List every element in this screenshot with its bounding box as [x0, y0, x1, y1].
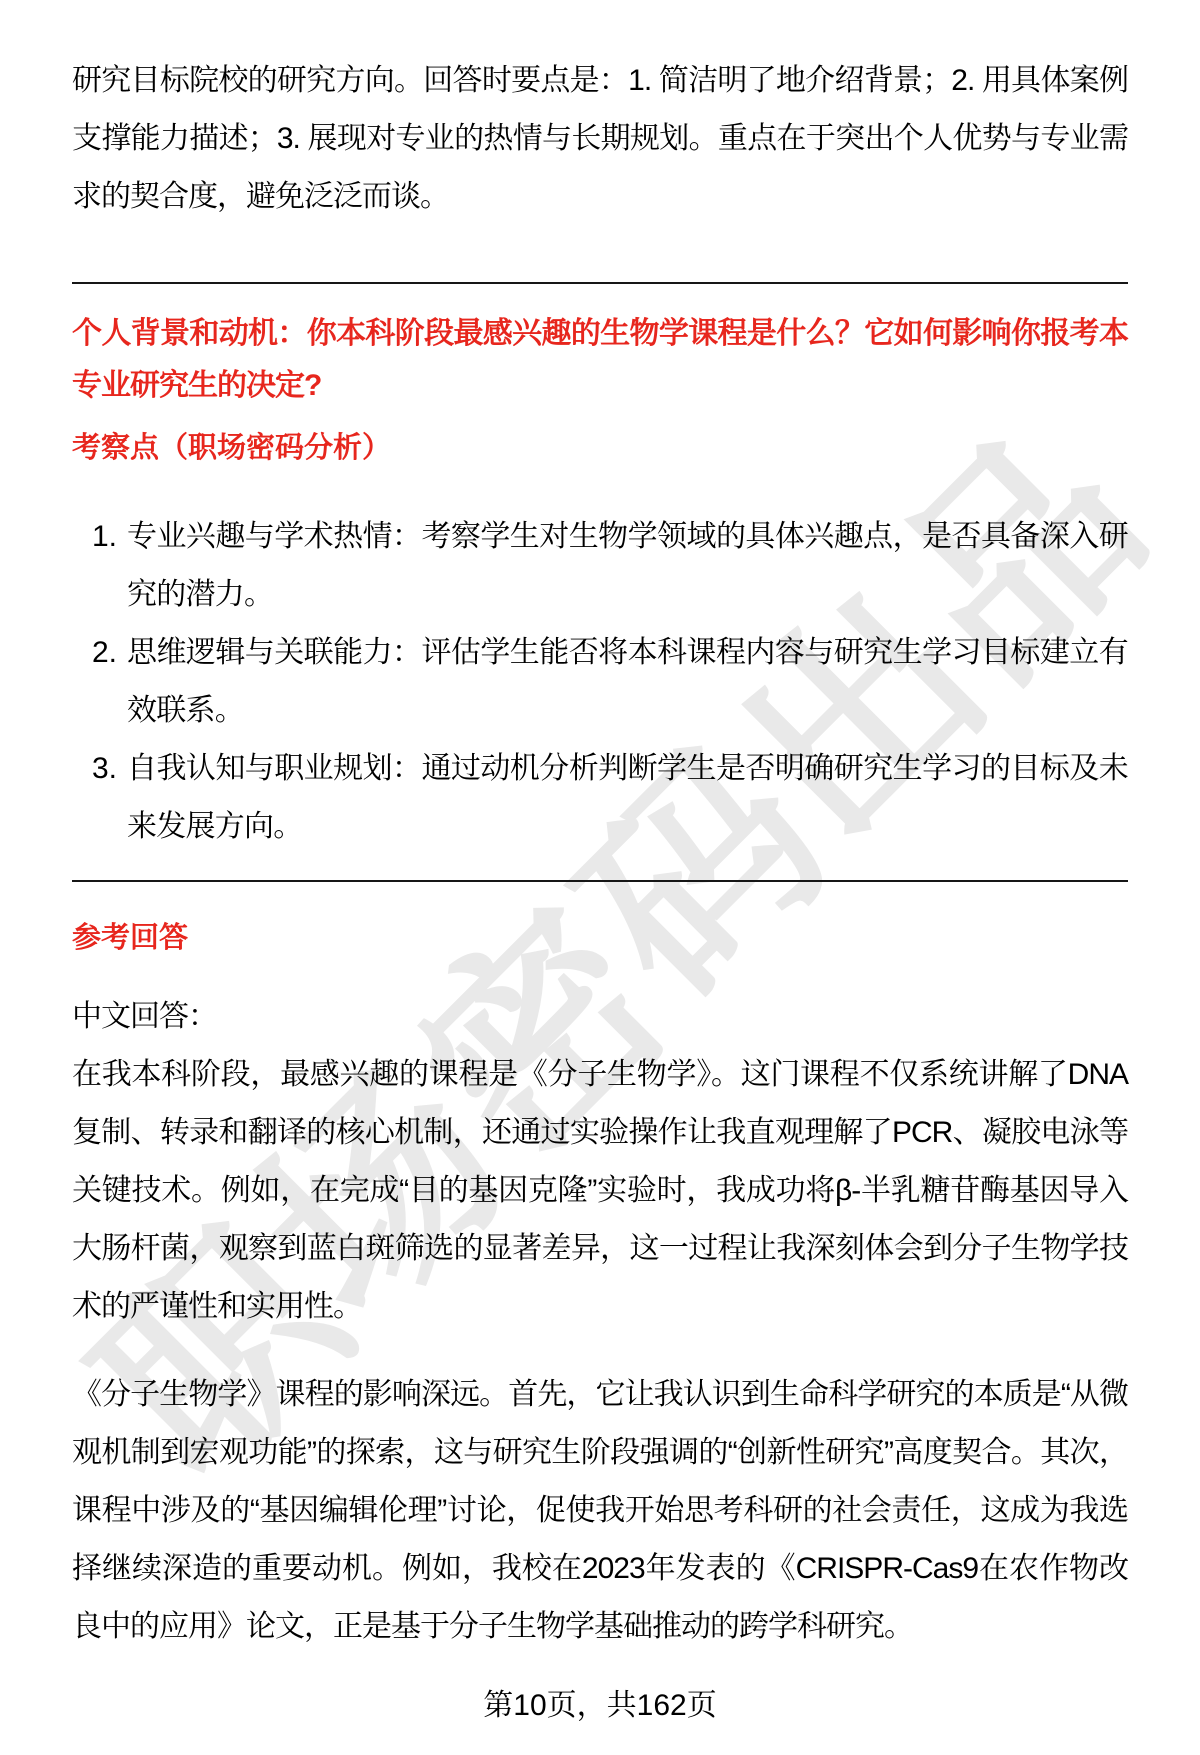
item-number: 2. — [92, 624, 117, 682]
intro-paragraph: 研究目标院校的研究方向。回答时要点是：1. 简洁明了地介绍背景；2. 用具体案例… — [72, 52, 1128, 226]
analysis-point-2: 2. 思维逻辑与关联能力：评估学生能否将本科课程内容与研究生学习目标建立有效联系… — [72, 624, 1128, 740]
answer-paragraph-2: 《分子生物学》课程的影响深远。首先，它让我认识到生命科学研究的本质是“从微观机制… — [72, 1366, 1128, 1656]
item-text: 自我认知与职业规划：通过动机分析判断学生是否明确研究生学习的目标及未来发展方向。 — [127, 752, 1128, 843]
page-footer: 第10页，共162页 — [72, 1686, 1128, 1726]
section-divider-answer — [72, 880, 1128, 882]
item-number: 1. — [92, 508, 117, 566]
question-heading: 个人背景和动机：你本科阶段最感兴趣的生物学课程是什么？它如何影响你报考本专业研究… — [72, 308, 1128, 412]
answer-language-label: 中文回答： — [72, 988, 1128, 1046]
item-number: 3. — [92, 740, 117, 798]
analysis-heading: 考察点（职场密码分析） — [72, 428, 1128, 468]
analysis-point-1: 1. 专业兴趣与学术热情：考察学生对生物学领域的具体兴趣点，是否具备深入研究的潜… — [72, 508, 1128, 624]
document-page: 职场密码出品 研究目标院校的研究方向。回答时要点是：1. 简洁明了地介绍背景；2… — [0, 0, 1200, 1755]
answer-heading: 参考回答 — [72, 918, 1128, 958]
item-text: 专业兴趣与学术热情：考察学生对生物学领域的具体兴趣点，是否具备深入研究的潜力。 — [127, 520, 1128, 611]
page-content: 研究目标院校的研究方向。回答时要点是：1. 简洁明了地介绍背景；2. 用具体案例… — [0, 0, 1200, 1726]
analysis-point-3: 3. 自我认知与职业规划：通过动机分析判断学生是否明确研究生学习的目标及未来发展… — [72, 740, 1128, 856]
analysis-point-list: 1. 专业兴趣与学术热情：考察学生对生物学领域的具体兴趣点，是否具备深入研究的潜… — [72, 508, 1128, 856]
answer-paragraph-1: 在我本科阶段，最感兴趣的课程是《分子生物学》。这门课程不仅系统讲解了DNA复制、… — [72, 1046, 1128, 1336]
section-divider-top — [72, 282, 1128, 284]
item-text: 思维逻辑与关联能力：评估学生能否将本科课程内容与研究生学习目标建立有效联系。 — [127, 636, 1128, 727]
